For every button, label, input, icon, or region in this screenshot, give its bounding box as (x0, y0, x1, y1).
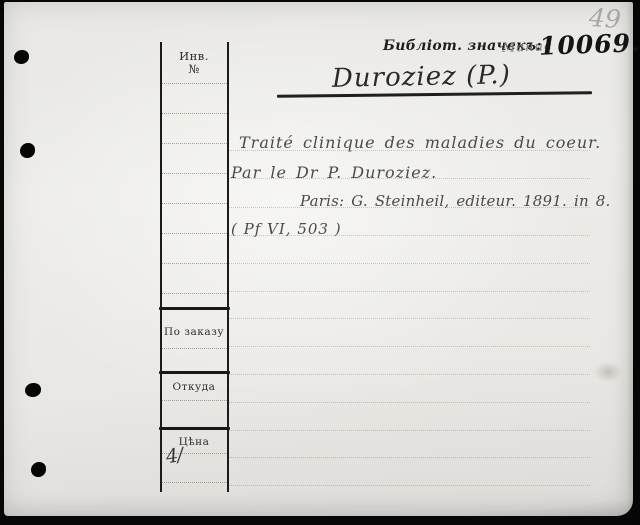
ink-dot (14, 50, 29, 64)
ink-dot (31, 462, 46, 477)
ruled-line (228, 457, 590, 458)
ruled-line (228, 291, 590, 292)
author-heading-handwritten: Duroziez (P.) (332, 60, 511, 94)
price-value-handwritten: 4/ (165, 444, 184, 468)
ruled-line (228, 402, 590, 403)
column-ruled-line (162, 203, 227, 204)
catalog-card (4, 2, 633, 516)
ink-dot (20, 143, 35, 158)
scan-edge-shadow (626, 0, 640, 525)
entry-imprint-line: Paris: G. Steinheil, editeur. 1891. in 8… (300, 192, 611, 210)
order-label: По заказу (161, 326, 227, 339)
origin-label: Откуда (161, 381, 227, 394)
entry-author-line: Par le Dr P. Duroziez. (231, 163, 437, 182)
ruled-line (228, 346, 590, 347)
inventory-label-line2: № (161, 63, 227, 76)
column-ruled-line (162, 83, 227, 84)
ruled-line (228, 485, 590, 486)
scanned-page: { "card": { "pencil_number": "49", "head… (0, 0, 640, 525)
column-ruled-line (162, 293, 227, 294)
column-ruled-line (162, 400, 227, 401)
column-ruled-line (162, 173, 227, 174)
column-section-divider (159, 307, 230, 310)
column-left-border (160, 42, 162, 492)
accession-number-handwritten: 10069. (539, 28, 640, 61)
column-right-border (227, 42, 229, 492)
column-section-divider (159, 371, 230, 374)
scan-smudge (594, 362, 622, 382)
column-ruled-line (162, 348, 227, 349)
ruled-line (228, 263, 590, 264)
column-ruled-line (162, 233, 227, 234)
pencil-corner-number: 49 (588, 3, 622, 34)
ruled-line (228, 374, 590, 375)
ruled-line (228, 318, 590, 319)
column-ruled-line (162, 263, 227, 264)
ink-dot (25, 383, 41, 397)
column-ruled-line (162, 143, 227, 144)
column-ruled-line (162, 482, 227, 483)
column-section-divider (159, 427, 230, 430)
ruled-line (228, 430, 590, 431)
entry-shelfmark-line: ( Pf VI, 503 ) (231, 220, 342, 238)
inventory-number-label: Инв. № (161, 50, 227, 76)
column-ruled-line (162, 113, 227, 114)
entry-title-line: Traité clinique des maladies du coeur. (239, 133, 601, 152)
